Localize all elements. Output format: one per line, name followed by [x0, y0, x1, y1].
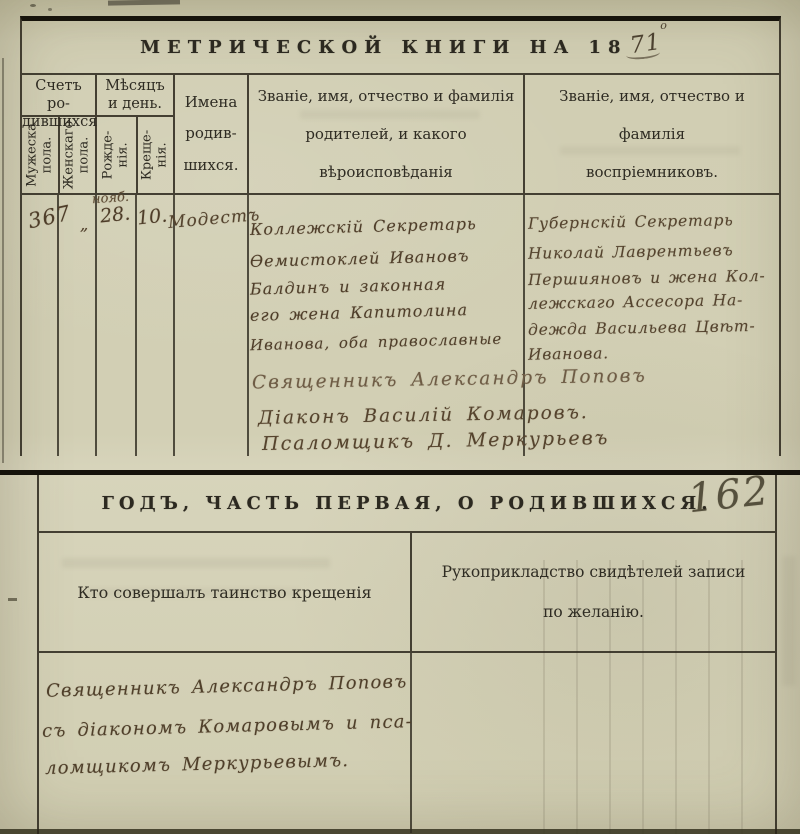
scan-edge-line: [2, 58, 4, 463]
header-female-label: Женскаго пола.: [63, 113, 92, 197]
header-monthday-subcolumns: Рожде- нія. Креще- нія.: [97, 117, 173, 193]
section2-title: ГОДЪ, ЧАСТЬ ПЕРВАЯ, О РОДИВШИХСЯ.: [102, 493, 713, 514]
header-birth-column: Рожде- нія.: [97, 117, 136, 193]
cell-male-count: [22, 195, 59, 456]
header-monthday-label: Мѣсяцъ и день.: [97, 75, 173, 117]
header-monthday-group: Мѣсяцъ и день. Рожде- нія. Креще- нія.: [97, 75, 175, 193]
table-header-row: Счетъ ро- дившихся Мужеска пола. Женскаг…: [22, 75, 779, 195]
entry-female-ditto: „: [80, 215, 88, 234]
baptism-officiant-section: 162 ГОДЪ, ЧАСТЬ ПЕРВАЯ, О РОДИВШИХСЯ. Кт…: [0, 470, 800, 834]
scan-edge-mark: [108, 0, 180, 6]
header-count-subcolumns: Мужеска пола. Женскаго пола.: [22, 117, 95, 193]
entry-baptism-day: 10.: [136, 204, 168, 229]
header-count-group: Счетъ ро- дившихся Мужеска пола. Женскаг…: [22, 75, 97, 193]
year-superscript: о: [660, 19, 667, 32]
header-godparents-column: Званіе, имя, отчество и фамилія воспріем…: [525, 75, 779, 193]
header-male-label: Мужеска пола.: [25, 113, 54, 197]
entry-godparents-line: Иванова.: [528, 344, 609, 363]
header-witnesses-column: Рукоприкладство свидѣтелей записи по жел…: [412, 533, 775, 651]
header-male-column: Мужеска пола.: [22, 117, 58, 193]
cell-birth-day: [97, 195, 137, 456]
year-handwritten: 71 о: [630, 31, 661, 57]
header-birth-label: Рожде- нія.: [102, 113, 131, 197]
section2-table: ГОДЪ, ЧАСТЬ ПЕРВАЯ, О РОДИВШИХСЯ. Кто со…: [37, 475, 777, 834]
ink-speck: [48, 8, 52, 11]
section1-title-row: МЕТРИЧЕСКОЙ КНИГИ НА 18 71 о: [22, 21, 779, 75]
entry-godparents-line: Губернскій Секретарь: [528, 211, 734, 233]
register-table-section: МЕТРИЧЕСКОЙ КНИГИ НА 18 71 о Счетъ ро- д…: [20, 16, 781, 456]
header-baptism-column: Креще- нія.: [136, 117, 173, 193]
cell-baptism-day: [137, 195, 175, 456]
cell-female-count: [59, 195, 97, 456]
header-parents-column: Званіе, имя, отчество и фамилія родителе…: [249, 75, 525, 193]
entry-godparents-line: Николай Лаврентьевъ: [528, 241, 734, 263]
cell-witnesses: [412, 653, 775, 833]
cell-child-name: [175, 195, 249, 456]
metrical-book-scan: МЕТРИЧЕСКОЙ КНИГИ НА 18 71 о Счетъ ро- д…: [0, 0, 800, 834]
entry-godparents-line: лежскаго Ассесора На-: [528, 291, 743, 313]
header-baptism-label: Креще- нія.: [141, 113, 170, 197]
book-title-printed: МЕТРИЧЕСКОЙ КНИГИ НА 18: [140, 37, 627, 58]
section2-title-row: ГОДЪ, ЧАСТЬ ПЕРВАЯ, О РОДИВШИХСЯ.: [39, 475, 775, 533]
header-female-column: Женскаго пола.: [58, 117, 95, 193]
section2-header-row: Кто совершалъ таинство крещенія Рукоприк…: [39, 533, 775, 653]
header-count-label: Счетъ ро- дившихся: [22, 75, 95, 117]
entry-birth-day: 28.: [99, 202, 131, 227]
header-names-column: Имена родив- шихся.: [175, 75, 249, 193]
header-baptizer-column: Кто совершалъ таинство крещенія: [39, 533, 412, 651]
ink-speck: [30, 4, 36, 7]
